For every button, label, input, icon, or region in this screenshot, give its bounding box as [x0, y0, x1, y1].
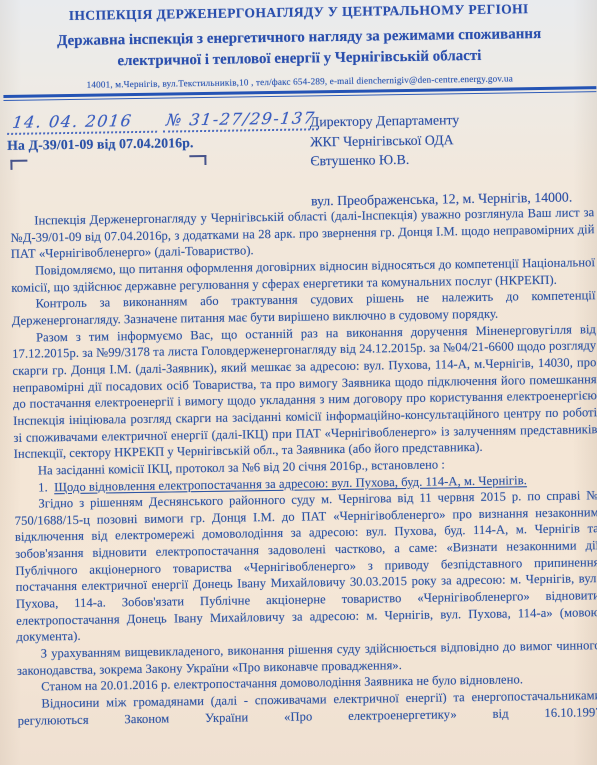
letterhead: ІНСПЕКЦІЯ ДЕРЖЕНЕРГОНАГЛЯДУ У ЦЕНТРАЛЬНО…	[0, 0, 597, 101]
letter-body: Інспекція Держенергонагляду у Чернігівсь…	[10, 204, 597, 729]
recipient-line-3: Євтушенко Ю.В.	[310, 148, 571, 171]
letterhead-org-name: ІНСПЕКЦІЯ ДЕРЖЕНЕРГОНАГЛЯДУ У ЦЕНТРАЛЬНО…	[0, 0, 597, 25]
list-item-number: 1.	[38, 480, 48, 494]
corner-mark-left	[10, 160, 27, 170]
handwritten-date: 14. 04. 2016	[7, 111, 160, 135]
scanned-letter: ІНСПЕКЦІЯ ДЕРЖЕНЕРГОНАГЛЯДУ У ЦЕНТРАЛЬНО…	[0, 0, 597, 765]
corner-mark-right	[189, 155, 206, 165]
body-paragraph-1: Інспекція Держенергонагляду у Чернігівсь…	[10, 204, 595, 263]
body-paragraph-4: Разом з тим інформуємо Вас, що останній …	[12, 321, 597, 463]
letter-content: ІНСПЕКЦІЯ ДЕРЖЕНЕРГОНАГЛЯДУ У ЦЕНТРАЛЬНО…	[0, 0, 597, 765]
address-field-corner-marks	[7, 153, 342, 170]
reference-block: 14. 04. 2016 № 31-27/29-137 На Д-39/01-0…	[7, 108, 343, 170]
letterhead-subtitle: Державна інспекція з енергетичного нагля…	[36, 24, 562, 74]
body-paragraph-7: Згідно з рішенням Деснянського районного…	[14, 487, 597, 646]
recipient-block: Директору Департаменту ЖКГ Чернігівської…	[310, 109, 573, 211]
reply-reference: На Д-39/01-09 від 07.04.2016р.	[7, 133, 342, 154]
handwritten-outgoing-number: № 31-27/29-137	[163, 108, 321, 132]
handwritten-registration-line: 14. 04. 2016 № 31-27/29-137	[7, 108, 345, 135]
